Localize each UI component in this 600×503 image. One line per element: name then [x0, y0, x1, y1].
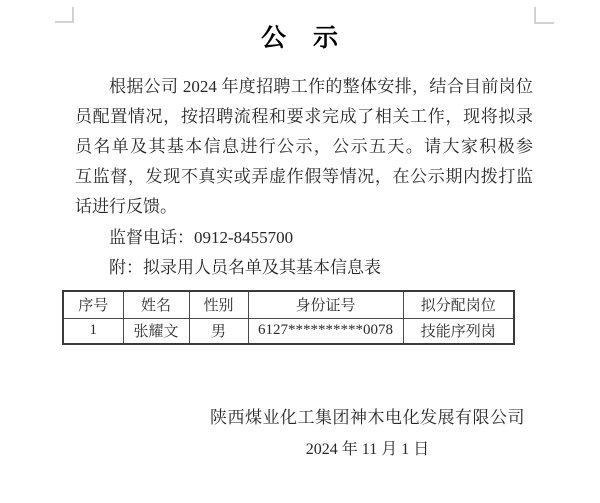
document-title: 公 示: [0, 24, 600, 54]
top-right-margin-mark: [534, 7, 536, 23]
document-page: 公 示 根据公司 2024 年度招聘工作的整体安排，结合目前岗位人 员配置情况，…: [0, 0, 600, 503]
cell-assigned-post: 技能序列岗: [403, 318, 514, 344]
company-signature: 陕西煤业化工集团神木电化发展有限公司: [210, 406, 525, 429]
cell-id-number: 6127**********0078: [248, 318, 403, 344]
paragraph-line: 根据公司 2024 年度招聘工作的整体安排，结合目前岗位人: [75, 72, 533, 102]
header-name: 姓名: [123, 291, 189, 318]
signature-date: 2024 年 11 月 1 日: [210, 440, 525, 460]
cell-name: 张耀文: [123, 318, 189, 344]
signature-block: 陕西煤业化工集团神木电化发展有限公司 2024 年 11 月 1 日: [210, 406, 525, 460]
supervision-phone-line: 监督电话：0912-8455700: [75, 223, 533, 253]
header-serial-number: 序号: [63, 291, 123, 318]
top-left-margin-mark: [55, 21, 74, 23]
table-row: 1 张耀文 男 6127**********0078 技能序列岗: [63, 318, 514, 344]
top-left-margin-mark: [72, 7, 74, 22]
candidate-info-table: 序号 姓名 性别 身份证号 拟分配岗位 1 张耀文 男 6127********…: [62, 290, 515, 345]
cell-serial-number: 1: [63, 318, 123, 344]
paragraph-line: 员配置情况，按招聘流程和要求完成了相关工作，现将拟录用人: [75, 102, 533, 132]
paragraph-line: 互监督，发现不真实或弄虚作假等情况，在公示期内拨打监督电: [75, 162, 533, 192]
header-gender: 性别: [189, 291, 248, 318]
attachment-title-line: 附：拟录用人员名单及其基本信息表: [75, 253, 533, 283]
cell-gender: 男: [189, 318, 248, 344]
paragraph-line: 话进行反馈。: [75, 192, 533, 222]
header-id-number: 身份证号: [248, 291, 403, 318]
body-paragraph: 根据公司 2024 年度招聘工作的整体安排，结合目前岗位人 员配置情况，按招聘流…: [75, 72, 533, 222]
header-assigned-post: 拟分配岗位: [403, 291, 514, 318]
table-header-row: 序号 姓名 性别 身份证号 拟分配岗位: [63, 291, 514, 318]
paragraph-line: 员名单及其基本信息进行公示，公示五天。请大家积极参与，相: [75, 132, 533, 162]
